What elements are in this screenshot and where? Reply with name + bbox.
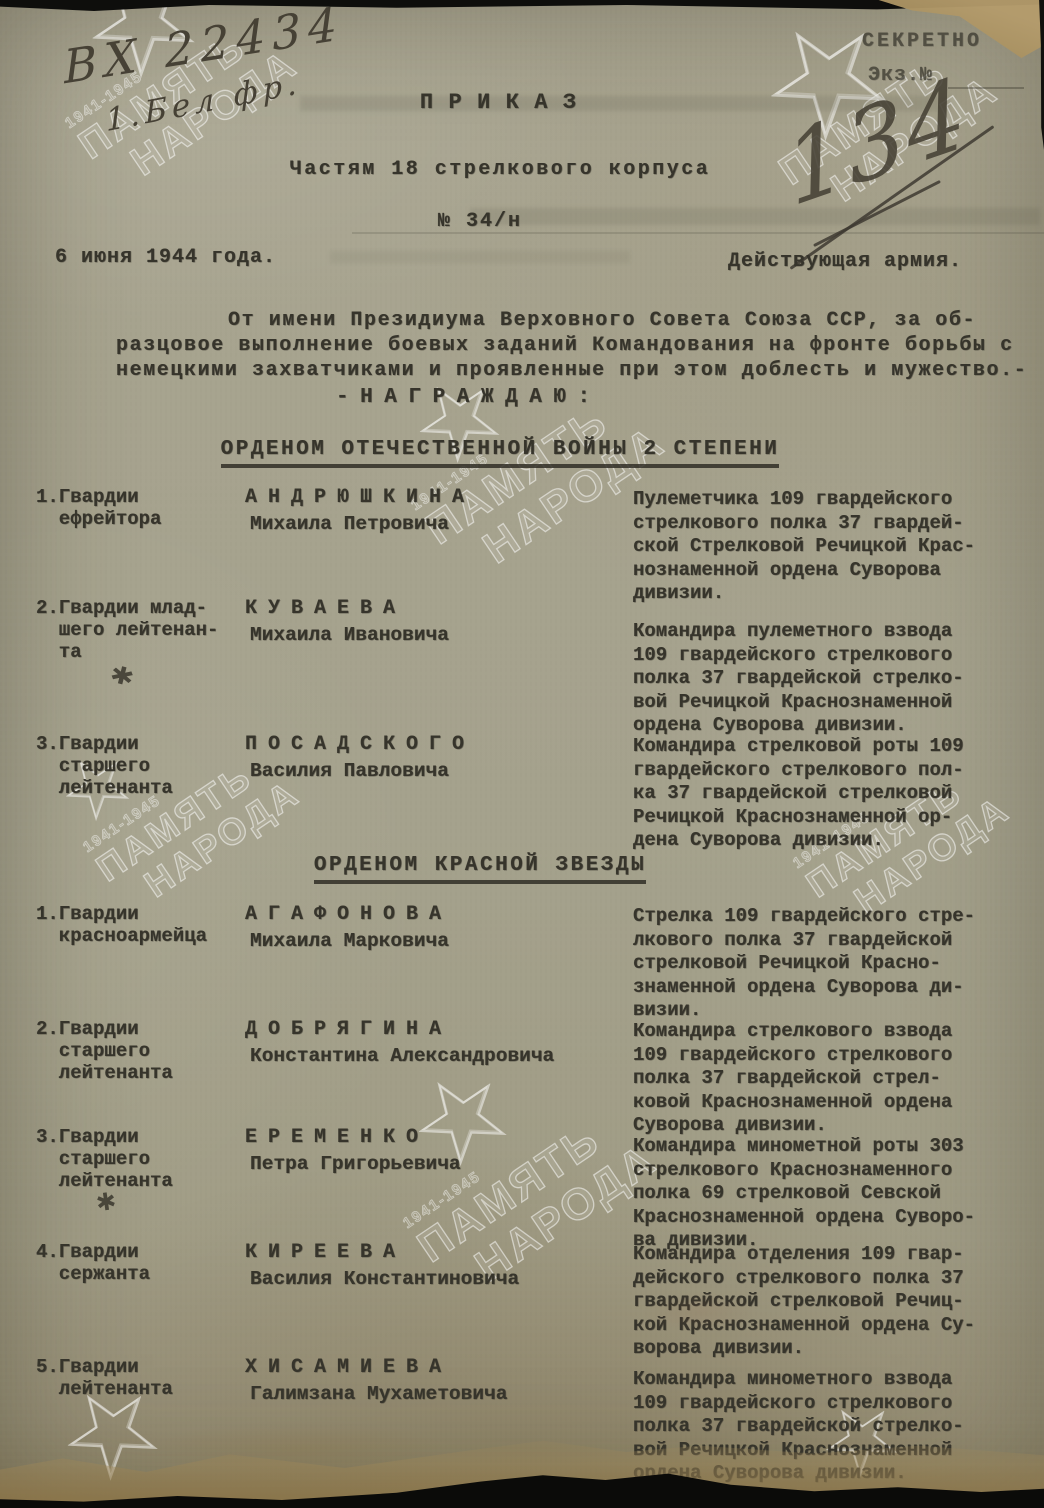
entry-name-block: АНДРЮШКИНАМихаила Петровича [245,486,475,535]
paper-tear-mark: ✱ [94,1187,118,1218]
entry-citation: Командира стрелкового взвода 109 гвардей… [633,1020,1044,1138]
paper-stain [640,1292,760,1332]
entry-surname: КУВАЕВА [245,597,449,620]
entry-rank: 1.Гвардии ефрейтора [36,486,161,530]
section-heading: ОРДЕНОМ КРАСНОЙ ЗВЕЗДЫ [314,854,646,884]
entry-rank: 4.Гвардии сержанта [36,1241,150,1285]
entry-rank: 2.Гвардии старшего лейтенанта [36,1018,173,1084]
preamble-line: разцовое выполнение боевых заданий Коман… [116,333,1014,358]
entry-surname: ДОБРЯГИНА [245,1018,554,1041]
award-declaration: -НАГРАЖДАЮ: [336,386,602,409]
entry-name-patronymic: Михаила Марковича [245,930,452,952]
entry-surname: ХИСАМИЕВА [245,1356,507,1379]
entry-citation: Стрелка 109 гвардейского стре- лкового п… [633,905,1044,1023]
entry-rank: 1.Гвардии красноармейца [36,903,207,947]
entry-rank: 5.Гвардии лейтенанта [36,1356,173,1400]
entry-name-patronymic: Василия Павловича [245,760,475,782]
entry-name-block: КУВАЕВАМихаила Ивановича [245,597,449,646]
order-date: 6 июня 1944 года. [55,246,276,269]
section-heading-row: ОРДЕНОМ ОТЕЧЕСТВЕННОЙ ВОЙНЫ 2 СТЕПЕНИ [0,438,1022,468]
active-army-note: Действующая армия. [728,250,962,273]
entry-name-block: ПОСАДСКОГОВасилия Павловича [245,733,475,782]
entry-surname: ЕРЕМЕНКО [245,1126,461,1149]
entry-name-patronymic: Михаила Петровича [245,513,475,535]
entry-surname: КИРЕЕВА [245,1241,519,1264]
section-heading: ОРДЕНОМ ОТЕЧЕСТВЕННОЙ ВОЙНЫ 2 СТЕПЕНИ [221,438,780,468]
entry-name-block: ХИСАМИЕВАГалимзана Мухаметовича [245,1356,507,1405]
entry-name-patronymic: Михаила Ивановича [245,624,449,646]
entry-name-patronymic: Василия Константиновича [245,1268,519,1290]
entry-name-block: ЕРЕМЕНКОПетра Григорьевича [245,1126,461,1175]
entry-citation: Командира пулеметного взвода 109 гвардей… [633,620,1044,738]
entry-name-block: ДОБРЯГИНАКонстантина Александровича [245,1018,554,1067]
paper-tear-mark: ✱ [107,659,137,692]
entry-surname: ПОСАДСКОГО [245,733,475,756]
entry-rank: 3.Гвардии старшего лейтенанта [36,1126,173,1192]
order-title: ПРИКАЗ [0,90,1020,115]
entry-surname: АНДРЮШКИНА [245,486,475,509]
entry-name-patronymic: Константина Александровича [245,1045,554,1067]
section-heading-row: ОРДЕНОМ КРАСНОЙ ЗВЕЗДЫ [0,854,1002,884]
entry-name-patronymic: Петра Григорьевича [245,1153,461,1175]
entry-citation: Командира минометной роты 303 стрелковог… [633,1135,1044,1253]
entry-name-patronymic: Галимзана Мухаметовича [245,1383,507,1405]
entry-citation: Командира стрелковой роты 109 гвардейско… [633,735,1044,853]
handwritten-incoming-number: ВХ 22434 [62,0,345,94]
entry-citation: Пулеметчика 109 гвардейского стрелкового… [633,488,1044,606]
order-unit-line: Частям 18 стрелкового корпуса [0,158,1022,181]
preamble-line: От имени Президиума Верховного Совета Со… [228,308,976,333]
order-number: № 34/н [0,210,1002,233]
entry-name-block: АГАФОНОВАМихаила Марковича [245,903,452,952]
entry-name-block: КИРЕЕВАВасилия Константиновича [245,1241,519,1290]
secret-stamp: СЕКРЕТНО [862,30,982,53]
scanned-order-page: 1941-1945ПАМЯТЬНАРОДАПАМЯТЬНАРОДА1941-19… [0,0,1044,1508]
preamble-line: немецкими захватчиками и проявленные при… [116,358,1027,383]
entry-rank: 3.Гвардии старшего лейтенанта [36,733,173,799]
entry-rank: 2.Гвардии млад- шего лейтенан- та [36,597,218,663]
entry-surname: АГАФОНОВА [245,903,452,926]
ink-smear [330,251,630,263]
